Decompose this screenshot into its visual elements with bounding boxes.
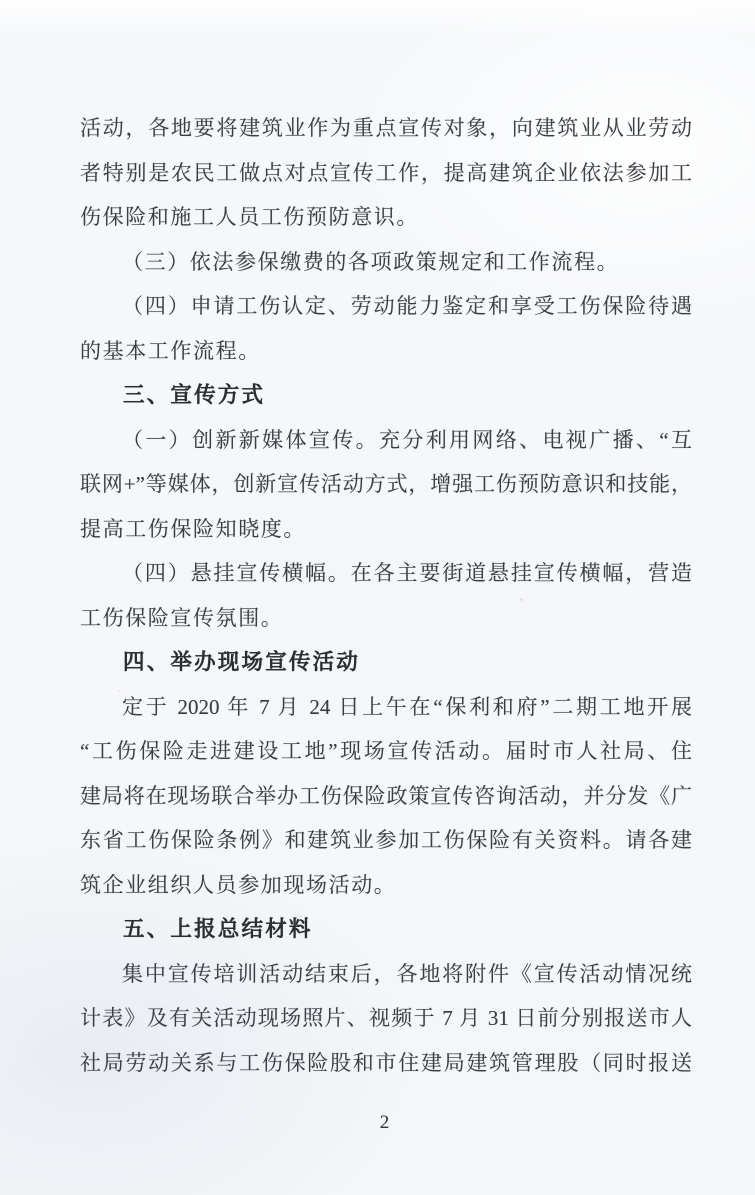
document-line: 工伤保险宣传氛围。 — [80, 596, 692, 641]
section-heading: 三、宣传方式 — [80, 373, 692, 418]
document-line: 活动，各地要将建筑业作为重点宣传对象，向建筑业从业劳动 — [80, 106, 692, 151]
document-line: 伤保险和施工人员工伤预防意识。 — [80, 195, 692, 240]
document-line: （四）悬挂宣传横幅。在各主要街道悬挂宣传横幅，营造 — [80, 551, 692, 596]
document-body: 活动，各地要将建筑业作为重点宣传对象，向建筑业从业劳动 者特别是农民工做点对点宣… — [80, 106, 692, 1085]
document-line: 筑企业组织人员参加现场活动。 — [80, 863, 692, 908]
document-line: 者特别是农民工做点对点宣传工作，提高建筑企业依法参加工 — [80, 151, 692, 196]
document-line: （三）依法参保缴费的各项政策规定和工作流程。 — [80, 240, 692, 285]
document-line: 建局将在现场联合举办工伤保险政策宣传咨询活动，并分发《广 — [80, 774, 692, 819]
document-line: 计表》及有关活动现场照片、视频于 7 月 31 日前分别报送市人 — [80, 996, 692, 1041]
document-line: （四）申请工伤认定、劳动能力鉴定和享受工伤保险待遇 — [80, 284, 692, 329]
document-line: 东省工伤保险条例》和建筑业参加工伤保险有关资料。请各建 — [80, 818, 692, 863]
document-line: 联网+”等媒体，创新宣传活动方式，增强工伤预防意识和技能， — [80, 462, 692, 507]
document-line: 提高工伤保险知晓度。 — [80, 507, 692, 552]
document-line: 的基本工作流程。 — [80, 329, 692, 374]
document-line: “工伤保险走进建设工地”现场宣传活动。届时市人社局、住 — [80, 729, 692, 774]
scanned-document-page: 活动，各地要将建筑业作为重点宣传对象，向建筑业从业劳动 者特别是农民工做点对点宣… — [0, 0, 755, 1195]
document-line: 集中宣传培训活动结束后，各地将附件《宣传活动情况统 — [80, 952, 692, 997]
section-heading: 四、举办现场宣传活动 — [80, 640, 692, 685]
page-number: 2 — [0, 1108, 755, 1138]
section-heading: 五、上报总结材料 — [80, 907, 692, 952]
document-line: 社局劳动关系与工伤保险股和市住建局建筑管理股（同时报送 — [80, 1041, 692, 1086]
document-line: （一）创新新媒体宣传。充分利用网络、电视广播、“互 — [80, 418, 692, 463]
document-line: 定于 2020 年 7 月 24 日上午在“保利和府”二期工地开展 — [80, 685, 692, 730]
